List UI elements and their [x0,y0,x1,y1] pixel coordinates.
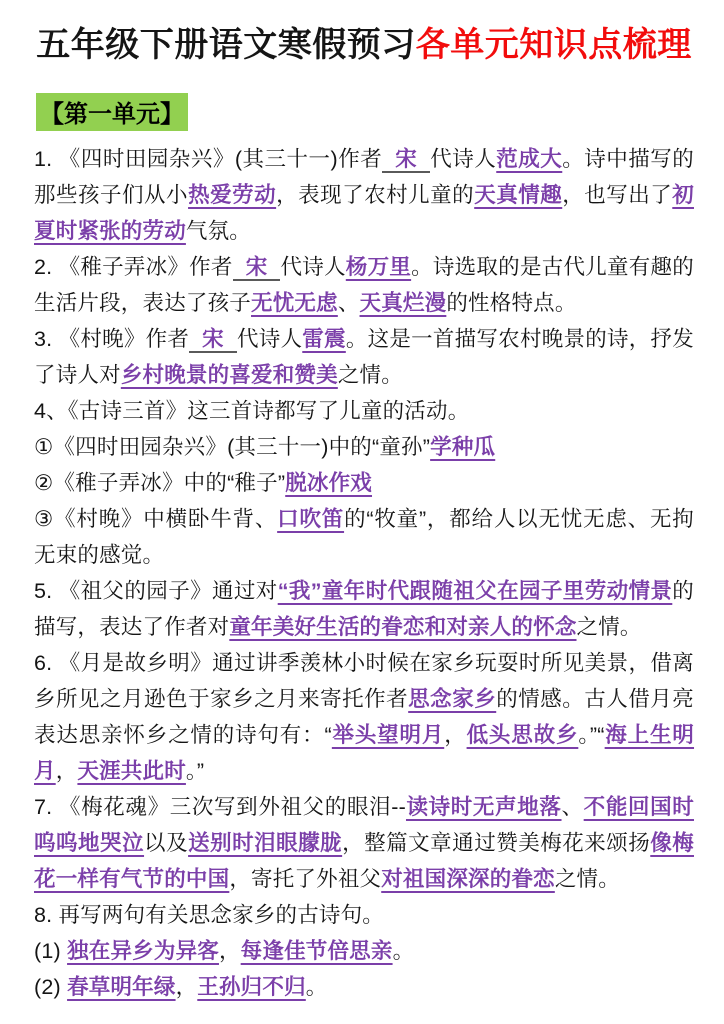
answer-segment: 学种瓜 [430,435,495,459]
text-segment: 4、《古诗三首》这三首诗都写了儿童的活动。 [34,399,469,423]
text-segment: ， [444,723,466,747]
text-segment: 。 [306,975,328,999]
paragraph: 2. 《稚子弄冰》作者宋代诗人杨万里。诗选取的是古代儿童有趣的生活片段，表达了孩… [34,249,694,321]
paragraph: 3. 《村晚》作者宋代诗人雷震。这是一首描写农村晚景的诗，抒发了诗人对乡村晚景的… [34,321,694,393]
text-segment: 之情。 [577,615,642,639]
answer-segment: 无忧无虑 [251,291,338,315]
title-red-part: 各单元知识点梳理 [416,26,692,64]
answer-segment: 范成大 [496,147,562,171]
answer-segment: 杨万里 [346,255,411,279]
title-black-part: 五年级下册语文寒假预习 [36,26,416,64]
answer-segment: 思念家乡 [408,687,496,711]
text-segment: 、 [562,795,584,819]
text-segment: 的性格特点。 [446,291,576,315]
text-segment: ②《稚子弄冰》中的“稚子” [34,471,285,495]
text-segment: 以及 [144,831,188,855]
answer-segment: 每逢佳节倍思亲 [241,939,393,963]
text-segment: 8. 再写两句有关思念家乡的古诗句。 [34,903,384,927]
answer-segment: 举头望明月 [332,723,444,747]
text-segment: ③《村晚》中横卧牛背、 [34,507,277,531]
paragraph: 6. 《月是故乡明》通过讲季羡林小时候在家乡玩耍时所见美景，借离乡所见之月逊色于… [34,645,694,789]
paragraph: 7. 《梅花魂》三次写到外祖父的眼泪--读诗时无声地落、不能回国时呜呜地哭泣以及… [34,789,694,897]
text-segment: 代诗人 [237,327,302,351]
text-segment: (1) [34,939,67,963]
answer-segment: “我”童年时代跟随祖父在园子里劳动情景 [278,579,673,603]
text-segment: 之情。 [555,867,620,891]
paragraph: 4、《古诗三首》这三首诗都写了儿童的活动。 [34,393,694,429]
answer-segment: 热爱劳动 [188,183,276,207]
document-page: 五年级下册语文寒假预习各单元知识点梳理 【第一单元】 1. 《四时田园杂兴》(其… [0,0,724,1024]
text-segment: 气氛。 [186,219,251,243]
paragraph: (1) 独在异乡为异客，每逢佳节倍思亲。 [34,933,694,969]
text-segment: ， [176,975,198,999]
paragraph: 1. 《四时田园杂兴》(其三十一)作者宋代诗人范成大。诗中描写的那些孩子们从小热… [34,141,694,249]
paragraph: (2) 春草明年绿，王孙归不归。 [34,969,694,1005]
answer-segment: 天真烂漫 [360,291,447,315]
text-segment: 之情。 [338,363,403,387]
blank-answer-segment: 宋 [189,327,237,353]
text-segment: 5. 《祖父的园子》通过对 [34,579,278,603]
answer-segment: 独在异乡为异客 [67,939,219,963]
text-segment: 2. 《稚子弄冰》作者 [34,255,233,279]
page-title: 五年级下册语文寒假预习各单元知识点梳理 [34,24,694,67]
text-segment: ， [219,939,241,963]
answer-segment: 童年美好生活的眷恋和对亲人的怀念 [229,615,576,639]
answer-segment: 低头思故乡 [467,723,579,747]
section-header-unit-1: 【第一单元】 [36,93,188,131]
text-segment: 。”“ [578,723,604,747]
paragraph-list: 1. 《四时田园杂兴》(其三十一)作者宋代诗人范成大。诗中描写的那些孩子们从小热… [34,141,694,1005]
blank-answer-segment: 宋 [233,255,281,281]
paragraph: 8. 再写两句有关思念家乡的古诗句。 [34,897,694,933]
text-segment: ，也写出了 [562,183,672,207]
answer-segment: 对祖国深深的眷恋 [381,867,555,891]
text-segment: 。” [186,759,204,783]
text-segment: 3. 《村晚》作者 [34,327,189,351]
text-segment: 7. 《梅花魂》三次写到外祖父的眼泪-- [34,795,406,819]
text-segment: ，寄托了外祖父 [229,867,381,891]
paragraph: 5. 《祖父的园子》通过对“我”童年时代跟随祖父在园子里劳动情景的描写，表达了作… [34,573,694,645]
text-segment: 1. 《四时田园杂兴》(其三十一)作者 [34,147,382,171]
text-segment: ①《四时田园杂兴》(其三十一)中的“童孙” [34,435,430,459]
answer-segment: 雷震 [302,327,346,351]
text-segment: ，整篇文章通过赞美梅花来颂扬 [342,831,650,855]
answer-segment: 脱冰作戏 [285,471,372,495]
answer-segment: 送别时泪眼朦胧 [188,831,342,855]
answer-segment: 天涯共此时 [77,759,186,783]
paragraph: ②《稚子弄冰》中的“稚子”脱冰作戏 [34,465,694,501]
blank-answer-segment: 宋 [382,147,430,173]
text-segment: 代诗人 [430,147,496,171]
paragraph: ③《村晚》中横卧牛背、口吹笛的“牧童”，都给人以无忧无虑、无拘无束的感觉。 [34,501,694,573]
answer-segment: 春草明年绿 [67,975,176,999]
text-segment: 。 [393,939,415,963]
answer-segment: 读诗时无声地落 [406,795,562,819]
text-segment: ，表现了农村儿童的 [276,183,474,207]
answer-segment: 口吹笛 [277,507,344,531]
text-segment: (2) [34,975,67,999]
text-segment: ， [56,759,78,783]
text-segment: 、 [338,291,360,315]
paragraph: ①《四时田园杂兴》(其三十一)中的“童孙”学种瓜 [34,429,694,465]
answer-segment: 王孙归不归 [197,975,306,999]
answer-segment: 天真情趣 [474,183,562,207]
text-segment: 代诗人 [280,255,345,279]
answer-segment: 乡村晚景的喜爱和赞美 [121,363,338,387]
